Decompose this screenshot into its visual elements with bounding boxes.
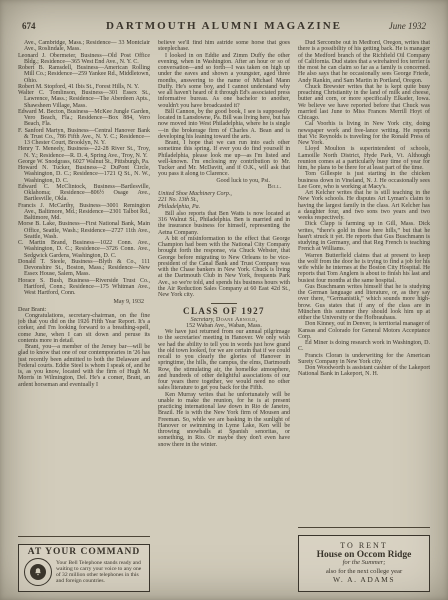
left-column: Ave., Cambridge, Mass.; Residence— 33 Mo… [18, 40, 150, 592]
sender-address: United Shoe Machinery Corp., 221 No. 13t… [158, 191, 290, 210]
section-heading: CLASS OF 1927 [158, 308, 290, 314]
body-paragraph: Ken Murray writes that he unfortunately … [158, 392, 290, 448]
middle-column: believe we'll find him astride some hors… [158, 40, 290, 592]
bell-telephone-ad: AT YOUR COMMAND Your Bell Telephone stan… [18, 544, 150, 592]
to-rent-ad: TO RENT House on Occom Ridge for the Sum… [298, 535, 430, 592]
address-line: Philadelphia, Pa. [158, 204, 290, 210]
page-columns: Ave., Cambridge, Mass.; Residence— 33 Mo… [0, 32, 448, 592]
body-paragraph: Warren Butterfield claims that at presen… [298, 253, 430, 284]
body-paragraph: Brant, I hope that we can run into each … [158, 140, 290, 178]
directory-entry: Robert B. Ramsdell, Business—American Ro… [18, 65, 150, 84]
body-paragraph: Dud Sercombe out in Medford, Oregon, wri… [298, 40, 430, 84]
rent-ad-house: House on Occom Ridge [303, 552, 425, 558]
directory-entry: Howard N. Tucker, Business—2 DuPont Circ… [18, 165, 150, 184]
body-paragraph: I looked in on Eddie and Zimm Duffy the … [158, 53, 290, 109]
directory-entry: Francis J. McCarthy, Business—3001 Remin… [18, 203, 150, 222]
right-column-text: Dud Sercombe out in Medford, Oregon, wri… [298, 40, 430, 488]
directory-entry: Leonard J. Obermeier, Business—Old Post … [18, 53, 150, 66]
rent-ad-year-line: also for the next college year [303, 569, 425, 575]
directory-entry: Edward M. Becton, Business—McKee Jungle … [18, 109, 150, 128]
body-paragraph: Ed Miner is doing research work in Washi… [298, 340, 430, 353]
body-paragraph: We have just returned from our annual pi… [158, 329, 290, 392]
body-paragraph: Don Kinney, out in Denver, is territoria… [298, 321, 430, 340]
magazine-page: 674 DARTMOUTH ALUMNI MAGAZINE June 1932 … [0, 0, 448, 600]
body-paragraph: Lloyd Moulton is superintendent of schoo… [298, 146, 430, 171]
issue-date: June 1932 [366, 21, 426, 31]
right-column: Dud Sercombe out in Medford, Oregon, wri… [298, 40, 430, 592]
directory-entry: Edward C. McClintock, Business—Bartlesvi… [18, 184, 150, 203]
body-paragraph: Tom Gillespie is just starting in the ch… [298, 171, 430, 190]
rent-ad-zone: TO RENT House on Occom Ridge for the Sum… [298, 527, 430, 592]
directory-entry: Horace S. Bush, Business—Riverside Trust… [18, 278, 150, 297]
letter-paragraph: Congratulations, secretary-chairman, on … [18, 313, 150, 344]
section-divider-rule [211, 303, 237, 304]
rent-ad-summer-line: for the Summer; [303, 560, 425, 566]
letter-paragraph: Brant, you—a member of the Jersey bar—wi… [18, 344, 150, 388]
rent-ad-name: W. A. ADAMS [303, 577, 425, 583]
secretary-label: Secretary, [191, 317, 215, 323]
directory-entry: Morse B. Lake, Business—First National B… [18, 221, 150, 240]
directory-entry: Donald T. Steele, Business—Blyth & Co., … [18, 259, 150, 278]
directory-entry: Ave., Cambridge, Mass.; Residence— 33 Mo… [18, 40, 150, 53]
column-divider-rule [298, 527, 430, 528]
left-column-text: Ave., Cambridge, Mass.; Residence— 33 Mo… [18, 40, 150, 492]
page-number: 674 [22, 21, 82, 31]
magazine-title: DARTMOUTH ALUMNI MAGAZINE [82, 20, 366, 32]
body-paragraph: Don Woodworth is assistant cashier of th… [298, 365, 430, 378]
body-paragraph: Dick Clapp is farming up in Gill, Mass. … [298, 221, 430, 252]
page-header: 674 DARTMOUTH ALUMNI MAGAZINE June 1932 [0, 0, 448, 32]
bell-ad-title: AT YOUR COMMAND [24, 549, 144, 555]
directory-entry: Walter C. Tomlinson, Business—301 Essex … [18, 90, 150, 109]
directory-entry: F. Sanford Martyn, Business—Central Hano… [18, 128, 150, 147]
body-paragraph: Chuck Brewster writes that he is kept qu… [298, 84, 430, 122]
directory-entry: C. Martin Brand, Business—1022 Conn. Ave… [18, 240, 150, 259]
body-paragraph: Bill also reports that Ben Watts is now … [158, 211, 290, 236]
bell-ad-body: Your Bell Telephone stands ready and wai… [56, 560, 144, 584]
body-paragraph: Cal Voorhis is living in New York city, … [298, 121, 430, 146]
secretary-name: Doane Arnold, [216, 317, 257, 323]
letter-date: May 9, 1932 [18, 299, 150, 305]
body-paragraph: Bill Cannon, by the good book, I see is … [158, 109, 290, 140]
letter-signature: Bill. [158, 184, 290, 190]
body-paragraph: believe we'll find him astride some hors… [158, 40, 290, 53]
rent-ad-title: TO RENT [303, 543, 425, 549]
body-paragraph: Art Kelcher writes that he is still teac… [298, 190, 430, 221]
body-paragraph: Gus Buschmann writes himself that he is … [298, 284, 430, 322]
body-paragraph: A bit of misinformation to the effect th… [158, 236, 290, 299]
directory-entry: Henry T. Meneely, Business—22-28 River S… [18, 146, 150, 159]
bell-ad-zone: AT YOUR COMMAND Your Bell Telephone stan… [18, 536, 150, 592]
column-divider-rule [18, 536, 150, 537]
body-paragraph: Francis Cloran is underwriting for the A… [298, 353, 430, 366]
bell-icon [24, 558, 52, 586]
